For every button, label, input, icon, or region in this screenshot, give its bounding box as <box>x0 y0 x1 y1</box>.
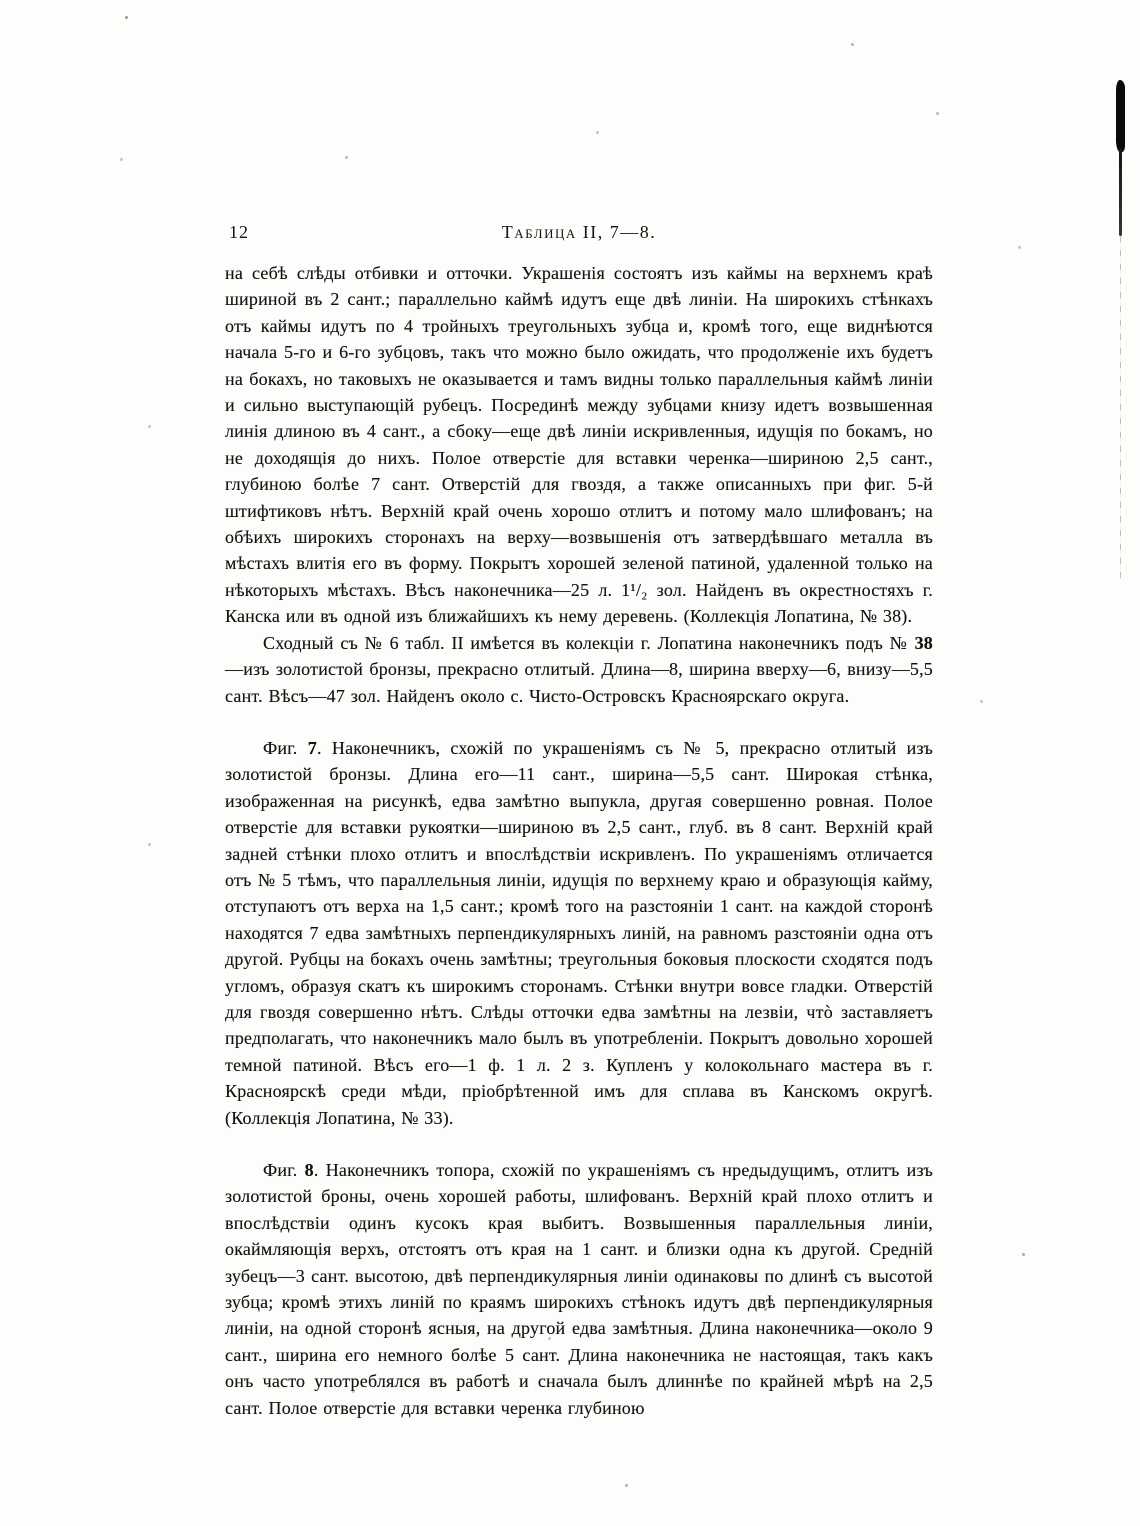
paragraph-text: на себѣ слѣды отбивки и отточки. Украшен… <box>225 263 933 626</box>
paragraph: на себѣ слѣды отбивки и отточки. Украшен… <box>225 260 933 630</box>
figure-number-bold: 8 <box>305 1160 314 1180</box>
figure-number-bold: 38 <box>915 633 933 653</box>
scan-speck <box>120 158 123 161</box>
scan-speck <box>596 131 599 134</box>
scan-speck <box>345 156 348 159</box>
binding-line-artifact <box>1120 236 1121 581</box>
paragraph-text: Сходный съ № 6 табл. II имѣется въ колек… <box>263 633 915 653</box>
scan-speck <box>148 843 151 846</box>
scan-speck <box>148 425 151 428</box>
paragraph: Фиг. 7. Наконечникъ, схожій по украшенія… <box>225 735 933 1131</box>
paragraph-text: —изъ золотистой бронзы, прекрасно отлиты… <box>225 659 933 705</box>
ink-blot-artifact <box>1116 80 1125 152</box>
body-text: на себѣ слѣды отбивки и отточки. Украшен… <box>225 260 933 1421</box>
scan-speck <box>980 700 983 703</box>
scan-speck <box>851 43 854 46</box>
scan-speck <box>352 1390 355 1393</box>
paragraph-text: Фиг. <box>263 1160 305 1180</box>
scan-speck <box>625 1484 628 1487</box>
paragraph: Сходный съ № 6 табл. II имѣется въ колек… <box>225 630 933 709</box>
scan-speck <box>125 16 128 19</box>
scan-speck <box>936 112 939 115</box>
ink-blot-tail <box>1119 148 1122 236</box>
scan-speck <box>1018 246 1021 249</box>
paragraph-text: Фиг. <box>263 738 308 758</box>
figure-number-bold: 7 <box>308 738 317 758</box>
paragraph-text: . Наконечникъ, схожій по украшеніямъ съ … <box>225 738 933 1128</box>
scan-speck <box>1022 1253 1025 1256</box>
running-header-title: Таблица II, 7—8. <box>225 222 933 243</box>
running-head: 12 Таблица II, 7—8. <box>225 222 933 246</box>
scanned-book-page: 12 Таблица II, 7—8. на себѣ слѣды отбивк… <box>0 0 1140 1526</box>
scan-speck <box>764 1308 767 1311</box>
paragraph-text: . Наконечникъ топора, схожій по украшені… <box>225 1160 933 1418</box>
scan-speck <box>548 1337 551 1340</box>
paragraph: Фиг. 8. Наконечникъ топора, схожій по ук… <box>225 1157 933 1421</box>
